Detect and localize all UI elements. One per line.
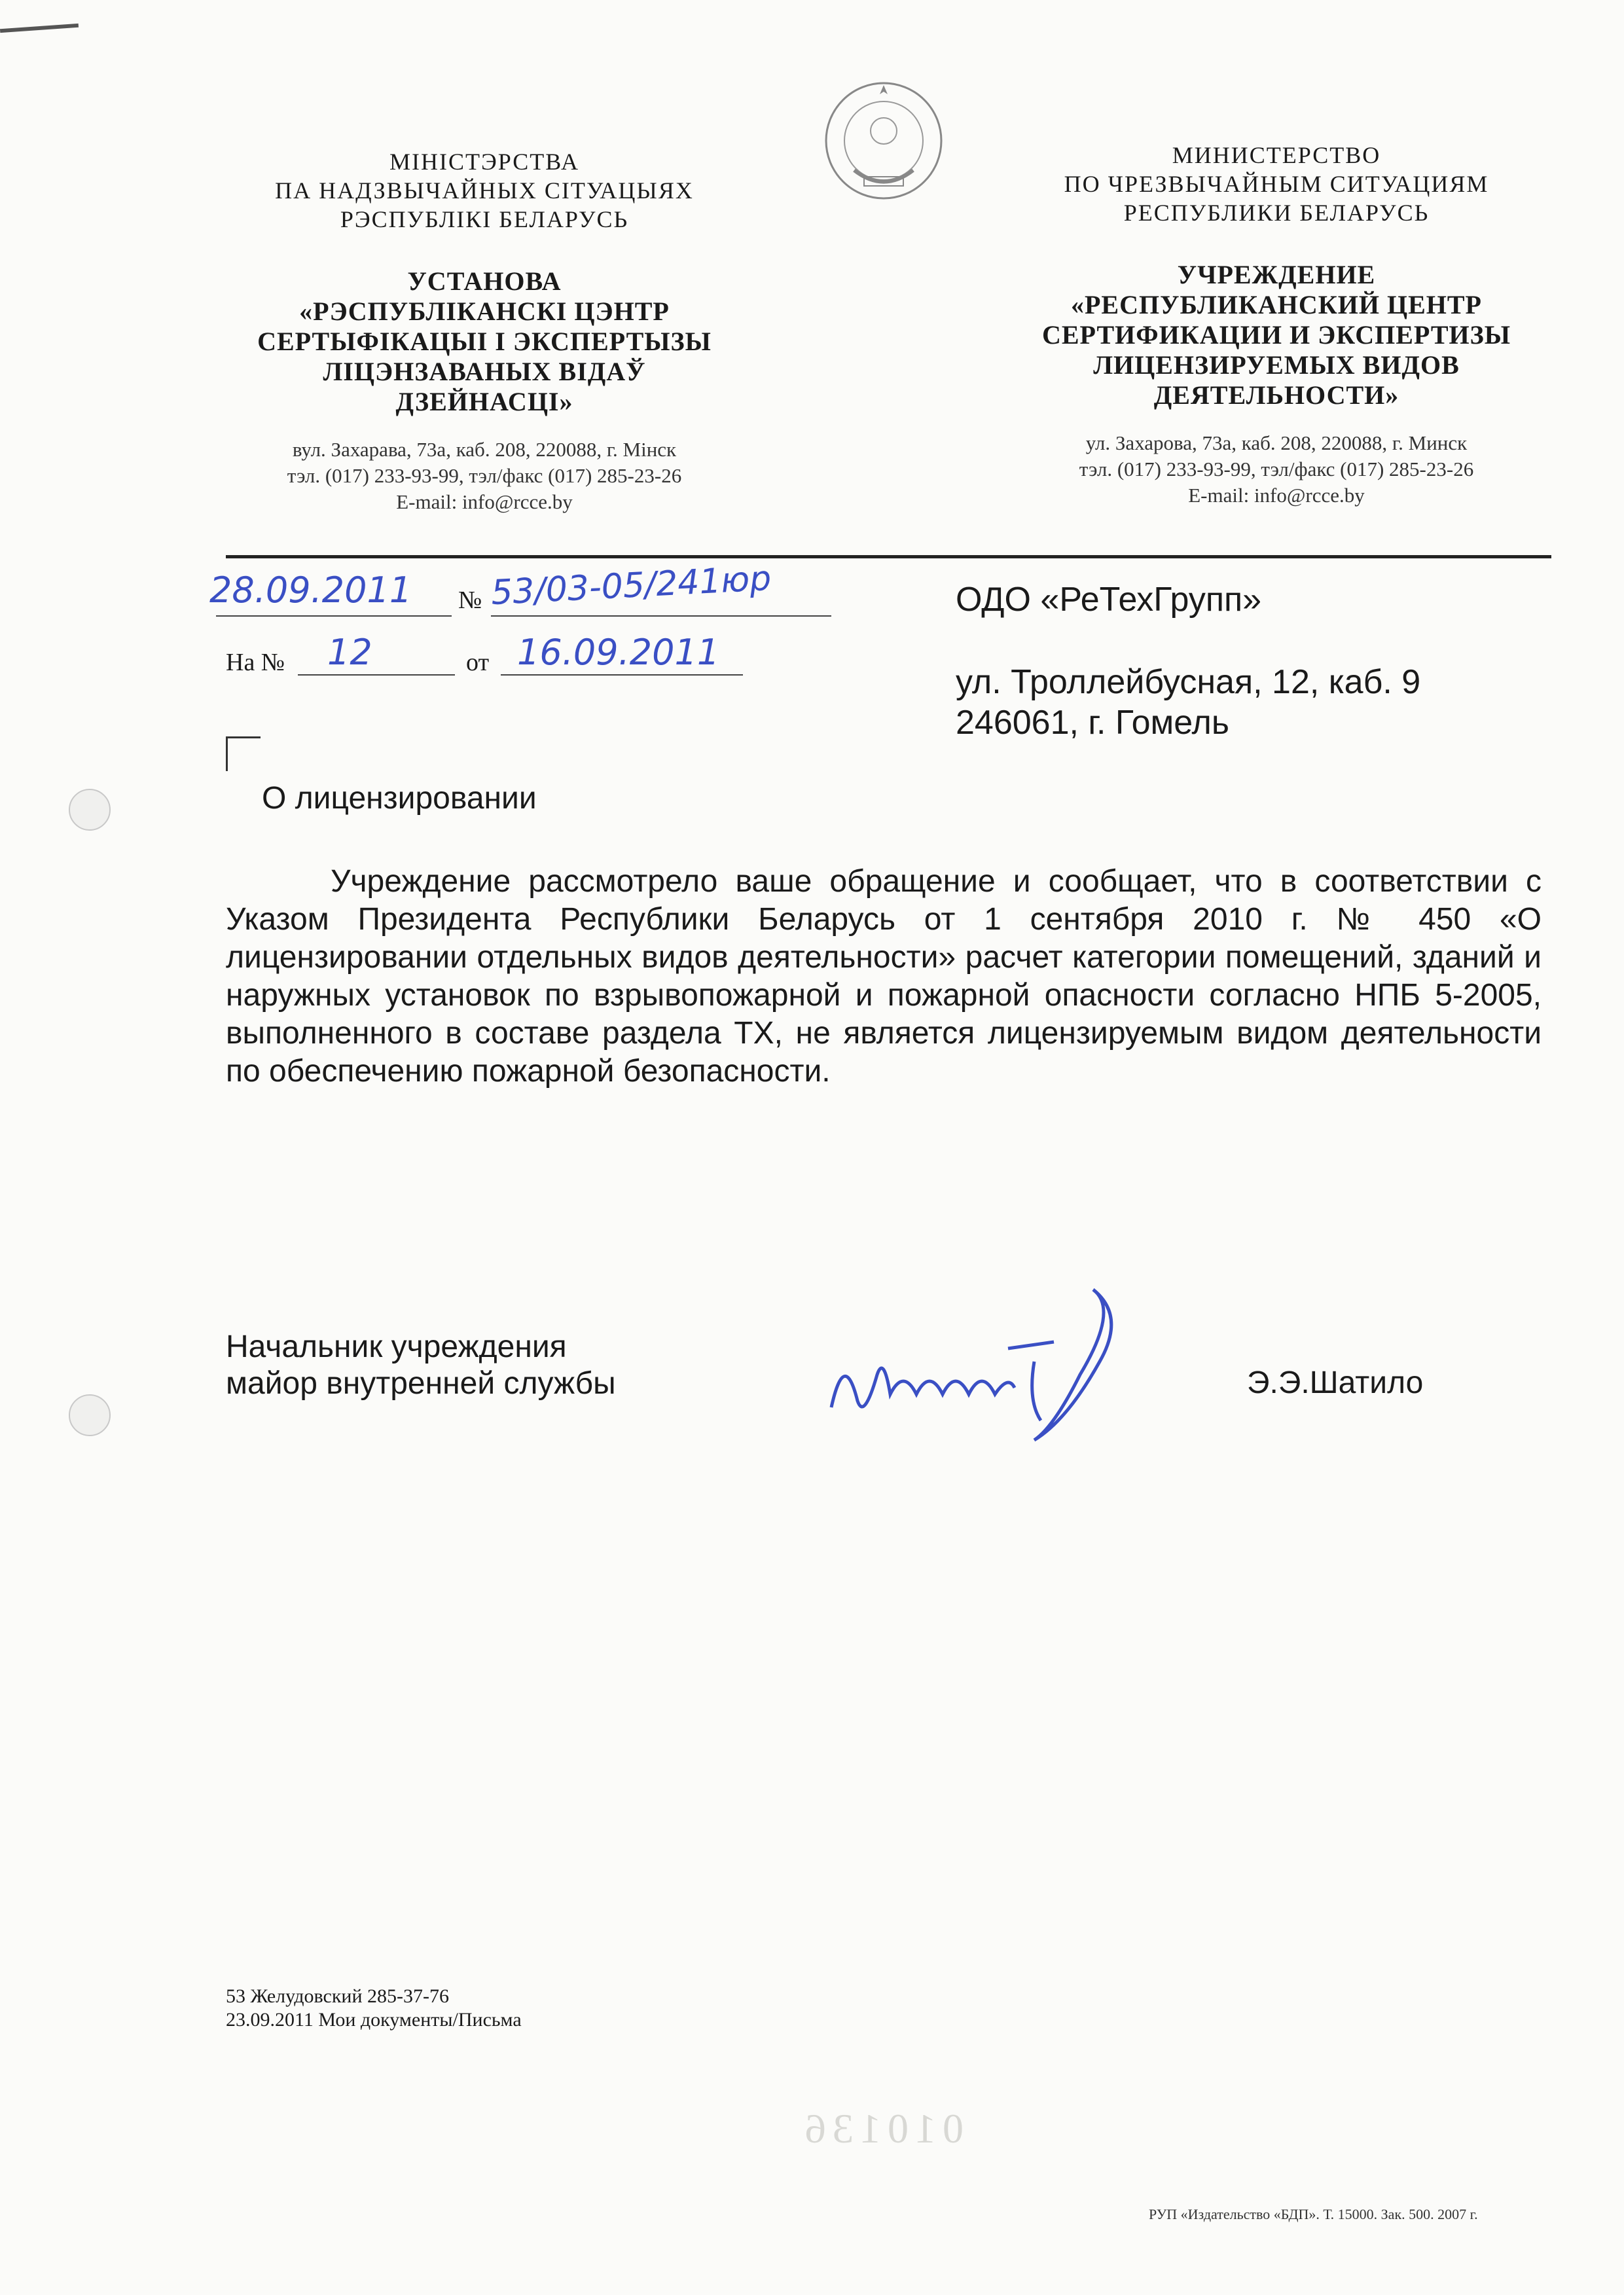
executor-line-2: 23.09.2011 Мои документы/Письма [226,2008,522,2032]
institution-by-line-4: ЛІЦЭНЗАВАНЫХ ВІДАЎ [216,357,753,387]
ministry-by-line-2: ПА НАДЗВЫЧАЙНЫХ СІТУАЦЫЯХ [216,176,753,205]
reply-date-underline [501,674,743,676]
subject-corner-mark [226,736,261,771]
ministry-by-line-3: РЭСПУБЛІКІ БЕЛАРУСЬ [216,205,753,234]
printer-info: РУП «Издательство «БДП». Т. 15000. Зак. … [1149,2206,1478,2223]
reply-number-label: На № [226,648,285,677]
scan-mark [0,24,79,33]
address-by-line-2: тэл. (017) 233-93-99, тэл/факс (017) 285… [216,463,753,489]
executor-info: 53 Желудовский 285-37-76 23.09.2011 Мои … [226,1985,522,2032]
outgoing-date-underline [216,615,452,617]
position-line-2: майор внутренней службы [226,1365,616,1402]
punch-hole [69,1394,111,1436]
header-divider [226,555,1551,558]
reply-date: 16.09.2011 [517,632,719,673]
address-by-line-3: E-mail: info@rcce.by [216,489,753,515]
recipient: ОДО «РеТехГрупп» ул. Троллейбусная, 12, … [956,579,1420,743]
punch-hole [69,789,111,831]
ministry-ru-line-2: ПО ЧРЕЗВЫЧАЙНЫМ СИТУАЦИЯМ [995,170,1558,198]
address-ru-line-2: тэл. (017) 233-93-99, тэл/факс (017) 285… [995,456,1558,482]
outgoing-number: 53/03-05/241юр [490,559,772,613]
address-ru-line-1: ул. Захарова, 73а, каб. 208, 220088, г. … [995,430,1558,456]
institution-ru-line-2: «РЕСПУБЛИКАНСКИЙ ЦЕНТР [995,290,1558,320]
institution-by-line-5: ДЗЕЙНАСЦІ» [216,387,753,417]
recipient-name: ОДО «РеТехГрупп» [956,579,1420,620]
address-by-line-1: вул. Захарава, 73а, каб. 208, 220088, г.… [216,437,753,463]
outgoing-date: 28.09.2011 [209,569,412,611]
institution-ru-line-1: УЧРЕЖДЕНИЕ [995,260,1558,290]
institution-ru-line-4: ЛИЦЕНЗИРУЕМЫХ ВИДОВ [995,350,1558,380]
handwritten-signature [818,1270,1159,1466]
signatory-position: Начальник учреждения майор внутренней сл… [226,1329,616,1402]
form-serial: 010136 [799,2105,964,2153]
subject: О лицензировании [262,780,537,816]
letter-body: Учреждение рассмотрело ваше обращение и … [226,863,1542,1091]
institution-by-line-3: СЕРТЫФІКАЦЫІ І ЭКСПЕРТЫЗЫ [216,327,753,357]
institution-ru-line-5: ДЕЯТЕЛЬНОСТИ» [995,380,1558,410]
ministry-ru-line-3: РЕСПУБЛИКИ БЕЛАРУСЬ [995,198,1558,227]
institution-by-line-2: «РЭСПУБЛІКАНСКІ ЦЭНТР [216,297,753,327]
number-label: № [458,586,482,615]
institution-ru-line-3: СЕРТИФИКАЦИИ И ЭКСПЕРТИЗЫ [995,320,1558,350]
reply-number-underline [298,674,455,676]
coat-of-arms-icon [818,72,949,209]
address-ru-line-3: E-mail: info@rcce.by [995,482,1558,509]
recipient-address-line-1: ул. Троллейбусная, 12, каб. 9 [956,662,1420,702]
outgoing-number-underline [491,615,831,617]
executor-line-1: 53 Желудовский 285-37-76 [226,1985,522,2008]
header-left: МІНІСТЭРСТВА ПА НАДЗВЫЧАЙНЫХ СІТУАЦЫЯХ Р… [216,147,753,515]
position-line-1: Начальник учреждения [226,1329,616,1365]
header-right: МИНИСТЕРСТВО ПО ЧРЕЗВЫЧАЙНЫМ СИТУАЦИЯМ Р… [995,141,1558,509]
reply-date-label: от [466,648,489,677]
institution-by-line-1: УСТАНОВА [216,266,753,297]
recipient-address-line-2: 246061, г. Гомель [956,702,1420,743]
signatory-name: Э.Э.Шатило [1247,1365,1423,1401]
ministry-ru-line-1: МИНИСТЕРСТВО [995,141,1558,170]
reply-number: 12 [327,632,372,673]
ministry-by-line-1: МІНІСТЭРСТВА [216,147,753,176]
